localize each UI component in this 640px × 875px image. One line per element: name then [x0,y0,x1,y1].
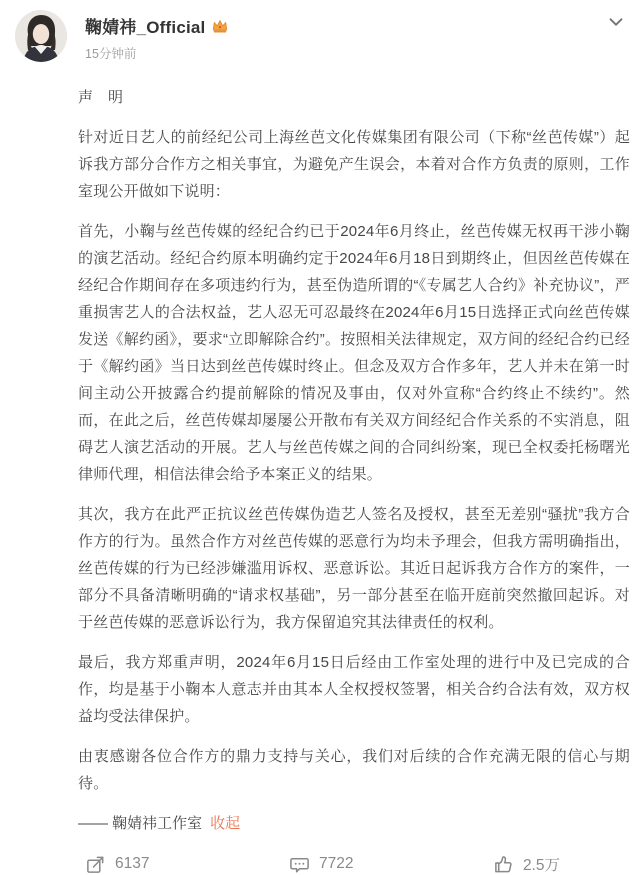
like-button[interactable]: 2.5万 [493,853,560,875]
post-title: 声 明 [78,84,630,111]
post-content: 声 明 针对近日艺人的前经纪公司上海丝芭文化传媒集团有限公司（下称“丝芭传媒”）… [78,84,630,837]
like-count: 2.5万 [523,853,560,875]
share-count: 6137 [115,855,149,873]
post-paragraph-4: 最后，我方郑重声明，2024年6月15日后经由工作室处理的进行中及已完成的合作，… [78,649,630,730]
share-arrow-icon [85,854,106,875]
comment-bubble-icon [289,854,310,875]
comment-count: 7722 [319,855,353,873]
username[interactable]: 鞠婧祎_Official [85,13,205,38]
post-paragraph-1: 针对近日艺人的前经纪公司上海丝芭文化传媒集团有限公司（下称“丝芭传媒”）起诉我方… [78,124,630,205]
post-paragraph-3: 其次，我方在此严正抗议丝芭传媒伪造艺人签名及授权，甚至无差别“骚扰”我方合作方的… [78,501,630,636]
share-button[interactable]: 6137 [85,854,149,875]
post-paragraph-5: 由衷感谢各位合作方的鼎力支持与关心，我们对后续的合作充满无限的信心与期待。 [78,743,630,797]
chevron-down-icon[interactable] [604,10,628,34]
avatar-photo [15,10,67,62]
action-bar: 6137 7722 2.5万 [85,853,560,875]
signature-row: —— 鞠婧祎工作室收起 [78,810,630,837]
post-header: 鞠婧祎_Official 15分钟前 [0,10,640,62]
collapse-link[interactable]: 收起 [210,815,240,832]
timestamp: 15分钟前 [85,44,229,62]
thumbs-up-icon [493,854,514,875]
user-block: 鞠婧祎_Official 15分钟前 [85,10,229,62]
comment-button[interactable]: 7722 [289,854,353,875]
crown-icon [211,17,229,35]
signature: —— 鞠婧祎工作室 [78,815,202,832]
avatar[interactable] [15,10,67,62]
post-paragraph-2: 首先，小鞠与丝芭传媒的经纪合约已于2024年6月终止，丝芭传媒无权再干涉小鞠的演… [78,218,630,488]
weibo-post: 鞠婧祎_Official 15分钟前 声 明 针对近日艺人的前经纪公司上海丝芭文… [0,0,640,875]
